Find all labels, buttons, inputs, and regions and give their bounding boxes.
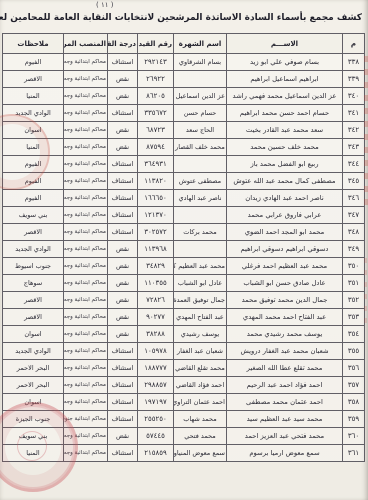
cell-registration-degree: استئناف [108,207,138,224]
table-row: ٣٥٤ يوسف محمد رشيدي محمد يوسف رشيدي ٣٨٢٨… [3,326,365,343]
cell-name: محمد ابو المجد احمد الضوي [227,224,343,241]
cell-name: ربيع ابو الفضل محمد باز [227,156,343,173]
cell-registration-number: ٣٠٢٥٧٢ [138,224,174,241]
table-row: ٣٥٢ جمال الدين محمد توفيق محمد جمال توفي… [3,292,365,309]
cell-registration-number: ٦٨٧٢٣ [138,122,174,139]
cell-name: محمد عبد العظيم احمد فرغلي [227,258,343,275]
table-row: ٣٤١ حسام احمد حسن محمد ابراهيم حسام حسن … [3,105,365,122]
cell-alias: عز الدين اسماعيل راشد [174,88,227,105]
table-row: ٣٥٣ عبد الفتاح احمد محمد المهدي عبد الفت… [3,309,365,326]
table-row: ٣٤٥ مصطفى كمال محمد عبد الله عتوش مصطفى … [3,173,365,190]
cell-serial: ٣٥١ [343,275,365,292]
cell-position: محاكم ابتدائية جنوب الجيزة [64,411,108,428]
cell-registration-number: ٩٠٢٧٧ [138,309,174,326]
cell-registration-number: ٣٣٥٦٧٢ [138,105,174,122]
cell-name: مصطفى كمال محمد عبد الله عتوش [227,173,343,190]
cell-serial: ٣٥٧ [343,377,365,394]
cell-registration-degree: نقض [108,292,138,309]
cell-registration-number: ٣٦٤٩٣١ [138,156,174,173]
cell-alias: ناصر عبد الهادي [174,190,227,207]
cell-serial: ٣٥٠ [343,258,365,275]
table-row: ٣٤٤ ربيع ابو الفضل محمد باز ٣٦٤٩٣١ استئن… [3,156,365,173]
table-row: ٣٦١ سمع معوض ارميا برسوم سمع معوض المنيا… [3,445,365,462]
cell-position: محاكم ابتدائية وجه قبلي [64,156,108,173]
cell-alias: مصطفى عتوش [174,173,227,190]
cell-serial: ٣٣٩ [343,71,365,88]
cell-serial: ٣٤٥ [343,173,365,190]
cell-notes: المنيا [3,139,64,156]
cell-notes: الوادي الجديد [3,343,64,360]
cell-notes: الاقصر [3,309,64,326]
cell-registration-number: ١١٠٣٥٥ [138,275,174,292]
cell-name: حسام احمد حسن محمد ابراهيم [227,105,343,122]
cell-registration-degree: نقض [108,241,138,258]
table-row: ٣٤٢ سعد محمد عبد القادر بخيت الحاج سعد ٦… [3,122,365,139]
table-row: ٣٤٦ ناصر احمد عبد الهادي زيدان ناصر عبد … [3,190,365,207]
cell-serial: ٣٥٤ [343,326,365,343]
table-row: ٣٥٩ محمد سيد عبد العظيم سيد محمد شهاب ٢٥… [3,411,365,428]
cell-registration-number: ٨٦٢٠٥ [138,88,174,105]
header-position: المنصب المرشح له [64,34,108,54]
cell-registration-degree: استئناف [108,105,138,122]
cell-alias [174,241,227,258]
cell-position: محاكم ابتدائية وجه قبلي [64,105,108,122]
header-serial: م [343,34,365,54]
cell-position: محاكم ابتدائية وجه قبلي [64,445,108,462]
cell-serial: ٣٥٨ [343,394,365,411]
cell-registration-degree: نقض [108,428,138,445]
cell-notes: بني سويف [3,207,64,224]
cell-name: احمد عثمان محمد مصطفى [227,394,343,411]
table-row: ٣٥٥ شعبان محمد عبد الغفار درويش شعبان عب… [3,343,365,360]
cell-alias: عبد الفتاح المهدي [174,309,227,326]
cell-alias: بسام الشرقاوي [174,54,227,71]
cell-name: احمد فؤاد احمد عبد الرحيم [227,377,343,394]
table-row: ٣٥١ عادل صادق حسن ابو الشباب عادل ابو ال… [3,275,365,292]
cell-notes: البحر الاحمر [3,360,64,377]
cell-position: محاكم ابتدائية وجه قبلي [64,173,108,190]
cell-position: محاكم ابتدائية وجه قبلي [64,377,108,394]
cell-registration-degree: نقض [108,309,138,326]
cell-registration-number: ٨٧٥٩٤ [138,139,174,156]
cell-position: محاكم ابتدائية وجه قبلي [64,207,108,224]
cell-serial: ٣٥٦ [343,360,365,377]
cell-position: محاكم ابتدائية وجه قبلي [64,309,108,326]
cell-serial: ٣٥٩ [343,411,365,428]
header-registration-degree: درجة القيد [108,34,138,54]
cell-name: محمد فتحي عبد العزيز احمد [227,428,343,445]
cell-serial: ٣٥٢ [343,292,365,309]
cell-registration-number: ٢١٥٨٥٩ [138,445,174,462]
cell-notes: جنوب الجيزة [3,411,64,428]
cell-name: محمد سيد عبد العظيم سيد [227,411,343,428]
cell-registration-number: ١١٣٨٢٠ [138,173,174,190]
cell-notes: اسوان [3,122,64,139]
cell-name: سمع معوض ارميا برسوم [227,445,343,462]
cell-notes: الوادي الجديد [3,105,64,122]
cell-notes: اسوان [3,326,64,343]
cell-registration-number: ٧٢٨٢٦ [138,292,174,309]
cell-registration-degree: نقض [108,122,138,139]
cell-position: محاكم ابتدائية وجه قبلي [64,54,108,71]
header-alias: اسم الشهرة [174,34,227,54]
cell-name: يوسف محمد رشيدي محمد [227,326,343,343]
cell-serial: ٣٤٤ [343,156,365,173]
cell-position: محاكم ابتدائية وجه قبلي [64,428,108,445]
cell-alias [174,71,227,88]
cell-registration-number: ٣٨٢٨٨ [138,326,174,343]
cell-registration-degree: استئناف [108,190,138,207]
cell-position: محاكم ابتدائية وجه قبلي [64,292,108,309]
cell-notes: الوادي الجديد [3,241,64,258]
cell-notes: الاقصر [3,71,64,88]
cell-name: سعد محمد عبد القادر بخيت [227,122,343,139]
cell-name: بسام صوفي علي ابو زيد [227,54,343,71]
header-notes: ملاحظات [3,34,64,54]
table-row: ٣٥٦ محمد تقلع عطا الله الصغير محمد تقلع … [3,360,365,377]
cell-notes: سوهاج [3,275,64,292]
cell-name: عادل صادق حسن ابو الشباب [227,275,343,292]
cell-notes: البحر الاحمر [3,377,64,394]
cell-registration-degree: نقض [108,326,138,343]
cell-name: عز الدين اسماعيل محمد فهمي راشد [227,88,343,105]
cell-registration-degree: استئناف [108,411,138,428]
cell-registration-degree: استئناف [108,394,138,411]
cell-registration-degree: استئناف [108,173,138,190]
scanned-document-page: ( ١١ ) كشف مجمع بأسماء السادة الاساتذة ا… [0,0,368,500]
cell-notes: الفيوم [3,190,64,207]
table-header-row: م الاســـم اسم الشهرة رقم القيد درجة الق… [3,34,365,54]
table-row: ٣٥٨ احمد عثمان محمد مصطفى احمد عثمان الت… [3,394,365,411]
cell-registration-degree: نقض [108,139,138,156]
cell-registration-number: ٢٥٥٢٥٠ [138,411,174,428]
table-row: ٣٦٠ محمد فتحي عبد العزيز احمد محمد فتحي … [3,428,365,445]
cell-alias: محمد فتحي [174,428,227,445]
cell-alias: محمد شهاب [174,411,227,428]
cell-alias: حسام حسن [174,105,227,122]
cell-serial: ٣٤٦ [343,190,365,207]
table-row: ٣٤٨ محمد ابو المجد احمد الضوي محمد بركات… [3,224,365,241]
cell-serial: ٣٥٥ [343,343,365,360]
cell-alias: احمد فؤاد القاضي [174,377,227,394]
cell-alias: عادل ابو الشباب [174,275,227,292]
cell-serial: ٣٦٠ [343,428,365,445]
cell-registration-degree: نقض [108,275,138,292]
cell-notes: الفيوم [3,173,64,190]
table-row: ٣٥٠ محمد عبد العظيم احمد فرغلي محمد عبد … [3,258,365,275]
table-row: ٣٥٧ احمد فؤاد احمد عبد الرحيم احمد فؤاد … [3,377,365,394]
cell-serial: ٣٤١ [343,105,365,122]
cell-position: محاكم ابتدائية وجه قبلي [64,122,108,139]
document-title: كشف مجمع بأسماء السادة الاساتذة المرشحين… [6,13,362,23]
table-row: ٣٣٨ بسام صوفي علي ابو زيد بسام الشرقاوي … [3,54,365,71]
candidates-tbody: ٣٣٨ بسام صوفي علي ابو زيد بسام الشرقاوي … [3,54,365,462]
cell-registration-number: ١٩٧١٩٧ [138,394,174,411]
header-registration-number: رقم القيد [138,34,174,54]
cell-alias: محمد بركات [174,224,227,241]
cell-name: دسوقي ابراهيم دسوقي ابراهيم [227,241,343,258]
cell-alias [174,207,227,224]
cell-registration-number: ٢٩٢١٤٣ [138,54,174,71]
cell-notes: بني سويف [3,428,64,445]
cell-alias: احمد عثمان التراوي [174,394,227,411]
cell-notes: الاقصر [3,292,64,309]
cell-registration-degree: استئناف [108,377,138,394]
cell-position: محاكم ابتدائية وجه قبلي [64,88,108,105]
table-row: ٣٤٣ محمد خلف حسين محمد محمد خلف القصار ٨… [3,139,365,156]
cell-position: محاكم ابتدائية وجه قبلي [64,258,108,275]
cell-position: محاكم ابتدائية وجه قبلي [64,190,108,207]
cell-serial: ٣٤٢ [343,122,365,139]
cell-registration-number: ١٠٥٩٧٨ [138,343,174,360]
table-row: ٣٤٧ عرابي فاروق عرابي محمد ١٢١٣٧٠ استئنا… [3,207,365,224]
cell-alias: يوسف رشيدي [174,326,227,343]
cell-position: محاكم ابتدائية وجه قبلي [64,360,108,377]
table-row: ٣٣٩ ابراهيم اسماعيل ابراهيم ٢٦٩٢٢ نقض مح… [3,71,365,88]
cell-registration-degree: استئناف [108,156,138,173]
cell-serial: ٣٤٨ [343,224,365,241]
candidates-table: م الاســـم اسم الشهرة رقم القيد درجة الق… [2,33,365,462]
cell-serial: ٣٣٨ [343,54,365,71]
cell-alias: جمال توفيق العمدة [174,292,227,309]
cell-position: محاكم ابتدائية وجه قبلي [64,224,108,241]
cell-notes: جنوب اسيوط [3,258,64,275]
cell-serial: ٣٤٣ [343,139,365,156]
cell-registration-degree: استئناف [108,360,138,377]
cell-name: جمال الدين محمد توفيق محمد [227,292,343,309]
cell-registration-number: ١٢١٣٧٠ [138,207,174,224]
cell-notes: المنيا [3,445,64,462]
cell-position: محاكم ابتدائية وجه قبلي [64,343,108,360]
cell-name: شعبان محمد عبد الغفار درويش [227,343,343,360]
header-name: الاســـم [227,34,343,54]
cell-position: محاكم ابتدائية وجه قبلي [64,139,108,156]
cell-notes: الفيوم [3,156,64,173]
cell-registration-degree: نقض [108,88,138,105]
cell-position: محاكم ابتدائية وجه قبلي [64,241,108,258]
cell-name: ابراهيم اسماعيل ابراهيم [227,71,343,88]
cell-alias: سمع معوض المنياوي [174,445,227,462]
page-number: ( ١١ ) [96,1,113,9]
cell-alias: شعبان عبد الغفار [174,343,227,360]
cell-registration-degree: استئناف [108,343,138,360]
cell-serial: ٣٦١ [343,445,365,462]
cell-position: محاكم ابتدائية وجه قبلي [64,326,108,343]
cell-registration-number: ٢٦٩٢٢ [138,71,174,88]
cell-serial: ٣٤٠ [343,88,365,105]
cell-position: محاكم ابتدائية وجه قبلي [64,394,108,411]
cell-serial: ٣٤٩ [343,241,365,258]
cell-alias: محمد خلف القصار [174,139,227,156]
cell-notes: الفيوم [3,54,64,71]
cell-name: محمد خلف حسين محمد [227,139,343,156]
cell-alias [174,156,227,173]
cell-registration-degree: نقض [108,258,138,275]
cell-registration-number: ١٦٦٦٥٠ [138,190,174,207]
cell-registration-number: ٢٩٨٨٥٧ [138,377,174,394]
cell-notes: المنيا [3,88,64,105]
cell-name: عبد الفتاح احمد محمد المهدي [227,309,343,326]
table-row: ٣٤٩ دسوقي ابراهيم دسوقي ابراهيم ١١٣٩٦٨ ن… [3,241,365,258]
cell-registration-degree: نقض [108,71,138,88]
cell-registration-degree: استئناف [108,445,138,462]
cell-registration-degree: استئناف [108,224,138,241]
cell-registration-degree: استئناف [108,54,138,71]
cell-serial: ٣٤٧ [343,207,365,224]
cell-position: محاكم ابتدائية وجه قبلي [64,71,108,88]
cell-registration-number: ٥٧٤٤٥ [138,428,174,445]
cell-notes: اسوان [3,394,64,411]
cell-alias: محمد عبد العظيم كرتاب [174,258,227,275]
cell-registration-number: ١٨٨٧٧٧ [138,360,174,377]
cell-name: محمد تقلع عطا الله الصغير [227,360,343,377]
cell-alias: محمد تقلع القاضي [174,360,227,377]
cell-registration-number: ١١٣٩٦٨ [138,241,174,258]
cell-name: عرابي فاروق عرابي محمد [227,207,343,224]
cell-position: محاكم ابتدائية وجه قبلي [64,275,108,292]
table-row: ٣٤٠ عز الدين اسماعيل محمد فهمي راشد عز ا… [3,88,365,105]
cell-serial: ٣٥٣ [343,309,365,326]
cell-notes: الاقصر [3,224,64,241]
cell-registration-number: ٣٤٨٢٩ [138,258,174,275]
cell-alias: الحاج سعد [174,122,227,139]
cell-name: ناصر احمد عبد الهادي زيدان [227,190,343,207]
